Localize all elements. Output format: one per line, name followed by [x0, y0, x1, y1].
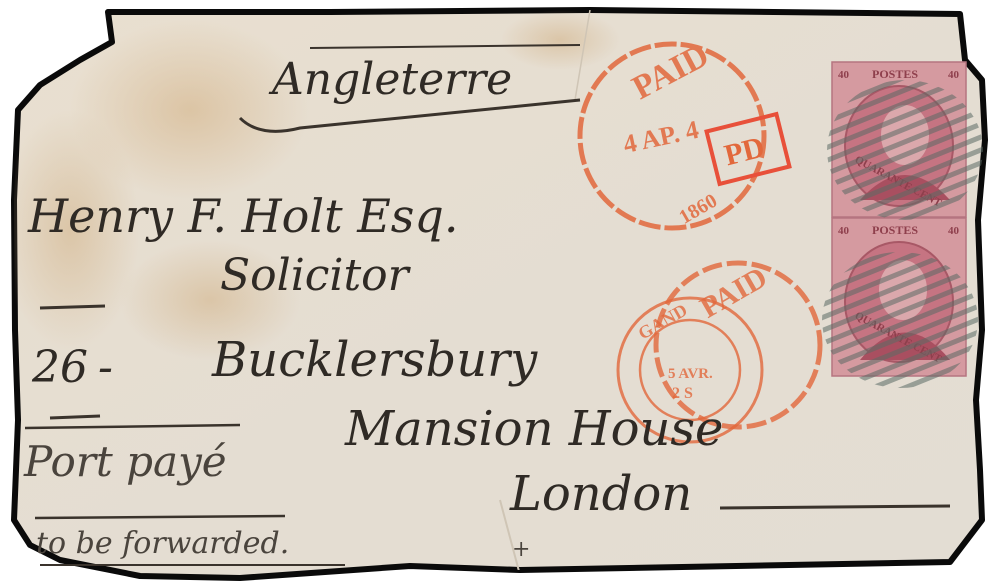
cross-mark: + — [512, 537, 530, 562]
svg-text:40: 40 — [948, 225, 960, 237]
street-name: Bucklersbury — [211, 332, 538, 388]
route-instruction: Angleterre — [268, 54, 512, 105]
addressee-title: Solicitor — [220, 250, 412, 301]
city-name: London — [509, 466, 692, 522]
svg-text:40: 40 — [838, 225, 850, 237]
port-paye-note: Port payé — [23, 437, 227, 486]
svg-text:2 S: 2 S — [672, 385, 693, 402]
svg-text:-: - — [98, 342, 113, 393]
building-name: Mansion House — [344, 401, 723, 457]
addressee-name: Henry F. Holt Esq. — [27, 189, 458, 243]
svg-text:40: 40 — [948, 69, 960, 81]
svg-text:POSTES: POSTES — [872, 67, 918, 81]
postal-cover-photo: PAID 4 AP. 4 1860 PD PAID GAND 5 AVR. 2 … — [0, 0, 1000, 584]
svg-text:POSTES: POSTES — [872, 223, 918, 237]
svg-text:5 AVR.: 5 AVR. — [668, 366, 713, 382]
svg-text:40: 40 — [838, 69, 850, 81]
forwarding-note: to be forwarded. — [36, 526, 289, 561]
street-number: 26 — [31, 342, 88, 393]
